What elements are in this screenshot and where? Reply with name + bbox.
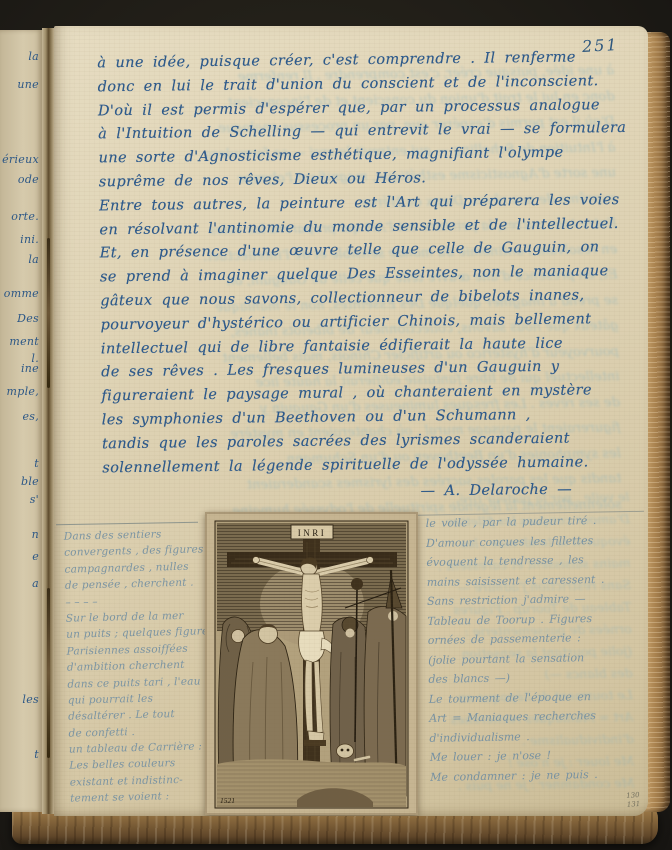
facing-page-text-fragment: n [32,528,39,541]
facing-page-text-fragment: les [22,693,39,706]
date-mark: 1521 [220,796,235,805]
facing-page-text-fragment: orte. [11,210,39,223]
notebook-page: à une idée, puisque créer, c'est compren… [54,26,648,816]
facing-page-text-fragment: t [34,748,39,761]
facing-page-text-fragment: Des [17,312,39,325]
facing-page-text-fragment: omme [4,287,39,300]
facing-page-sliver: launeérieuxodeorte.ini.laommeDesmentl.in… [0,30,42,812]
stitch-thread [47,588,50,758]
main-text-block: à une idée, puisque créer, c'est compren… [97,49,648,504]
main-text-lines: à une idée, puisque créer, c'est compren… [97,49,648,484]
facing-page-text-fragment: es, [22,410,39,423]
facing-page-text-fragment: ine [21,362,39,375]
facing-page-text-fragment: s' [30,493,39,506]
facing-page-text-fragment: ment [9,335,39,348]
pencil-note-line: Me condamner : je ne puis . [430,767,648,790]
facing-page-text-fragment: t [34,457,39,470]
left-note-column: Dans des sentiersconvergents , des figur… [64,527,209,809]
inri-plaque: INRI [291,525,333,539]
photograph-background: launeérieuxodeorte.ini.laommeDesmentl.in… [0,0,672,850]
facing-page-text-fragment: mple, [7,385,40,398]
facing-page-text-fragment: a [32,577,39,590]
pencil-rule-left [56,522,198,525]
signature-line: — A. Delaroche — [103,481,648,504]
ground [217,759,406,807]
pencil-note-line: tement se voient : [70,790,208,810]
facing-page-text-fragment: la [28,50,39,63]
facing-page-text-fragment: une [17,78,39,91]
stitch-thread [47,238,50,388]
crucifixion-engraving: INRI [205,512,418,815]
facing-page-text-fragment: la [28,253,39,266]
corner-pencil-mark: 131 [610,800,641,811]
facing-page-text-fragment: ini. [20,233,39,246]
facing-page-text-fragment: ode [18,173,39,186]
inri-text: INRI [298,528,327,538]
right-note-column: le voile , par la pudeur tiré .D'amour c… [426,513,648,790]
corner-pencil-marks: 130 131 [609,791,640,811]
facing-page-text-fragment: ble [21,475,39,488]
facing-page-text-fragment: e [32,550,39,563]
facing-page-text-fragment: érieux [2,153,39,166]
